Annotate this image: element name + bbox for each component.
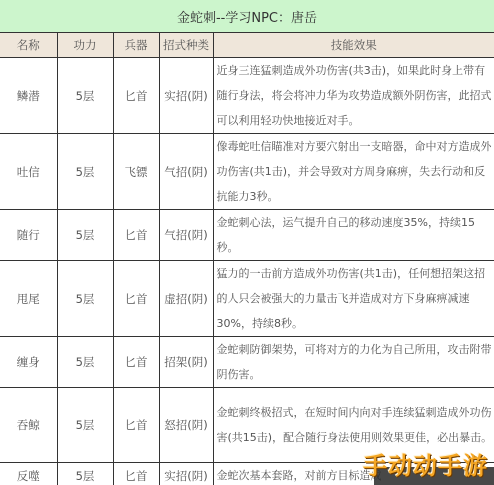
cell-level: 5层 xyxy=(57,463,113,485)
cell-name: 鳞潜 xyxy=(0,58,57,134)
cell-effect: 金蛇刺心法，运气提升自己的移动速度35%，持续15秒。 xyxy=(213,210,494,261)
cell-level: 5层 xyxy=(57,388,113,463)
cell-type: 招架(阴) xyxy=(159,337,213,388)
cell-weapon: 匕首 xyxy=(113,463,159,485)
cell-name: 吐信 xyxy=(0,134,57,210)
header-effect: 技能效果 xyxy=(213,33,494,58)
table-row: 甩尾 5层 匕首 虚招(阴) 猛力的一击前方造成外功伤害(共1击)，任何想招架这… xyxy=(0,261,494,337)
cell-level: 5层 xyxy=(57,337,113,388)
cell-effect: 近身三连猛刺造成外功伤害(共3击)，如果此时身上带有随行身法，将会将冲力华为攻势… xyxy=(213,58,494,134)
cell-weapon: 飞镖 xyxy=(113,134,159,210)
cell-weapon: 匕首 xyxy=(113,337,159,388)
header-level: 功力 xyxy=(57,33,113,58)
cell-type: 怒招(阴) xyxy=(159,388,213,463)
cell-effect: 猛力的一击前方造成外功伤害(共1击)，任何想招架这招的人只会被强大的力量击飞并造… xyxy=(213,261,494,337)
cell-name: 反噬 xyxy=(0,463,57,485)
cell-type: 实招(阴) xyxy=(159,463,213,485)
table-title: 金蛇刺--学习NPC：唐岳 xyxy=(0,0,494,32)
table-row: 缠身 5层 匕首 招架(阴) 金蛇刺防御架势，可将对方的力化为自己所用，攻击附带… xyxy=(0,337,494,388)
title-text: 金蛇刺--学习NPC：唐岳 xyxy=(177,7,317,26)
cell-level: 5层 xyxy=(57,58,113,134)
cell-level: 5层 xyxy=(57,210,113,261)
cell-type: 气招(阴) xyxy=(159,134,213,210)
cell-weapon: 匕首 xyxy=(113,210,159,261)
table-row: 随行 5层 匕首 气招(阴) 金蛇刺心法，运气提升自己的移动速度35%，持续15… xyxy=(0,210,494,261)
cell-name: 缠身 xyxy=(0,337,57,388)
cell-name: 甩尾 xyxy=(0,261,57,337)
table-header-row: 名称 功力 兵器 招式种类 技能效果 xyxy=(0,33,494,58)
watermark-logo: 手动动手游 xyxy=(363,446,488,481)
cell-type: 气招(阴) xyxy=(159,210,213,261)
skill-table: 名称 功力 兵器 招式种类 技能效果 鳞潜 5层 匕首 实招(阴) 近身三连猛刺… xyxy=(0,32,494,485)
table-row: 鳞潜 5层 匕首 实招(阴) 近身三连猛刺造成外功伤害(共3击)，如果此时身上带… xyxy=(0,58,494,134)
cell-type: 实招(阴) xyxy=(159,58,213,134)
cell-level: 5层 xyxy=(57,134,113,210)
header-type: 招式种类 xyxy=(159,33,213,58)
cell-weapon: 匕首 xyxy=(113,261,159,337)
cell-type: 虚招(阴) xyxy=(159,261,213,337)
table-row: 吐信 5层 飞镖 气招(阴) 像毒蛇吐信瞄准对方要穴射出一支暗器，命中对方造成外… xyxy=(0,134,494,210)
header-name: 名称 xyxy=(0,33,57,58)
cell-name: 吞鲸 xyxy=(0,388,57,463)
cell-weapon: 匕首 xyxy=(113,58,159,134)
cell-effect: 金蛇刺防御架势，可将对方的力化为自己所用，攻击附带阴伤害。 xyxy=(213,337,494,388)
header-weapon: 兵器 xyxy=(113,33,159,58)
cell-effect: 像毒蛇吐信瞄准对方要穴射出一支暗器，命中对方造成外功伤害(共1击)，并会导致对方… xyxy=(213,134,494,210)
cell-name: 随行 xyxy=(0,210,57,261)
cell-level: 5层 xyxy=(57,261,113,337)
cell-weapon: 匕首 xyxy=(113,388,159,463)
